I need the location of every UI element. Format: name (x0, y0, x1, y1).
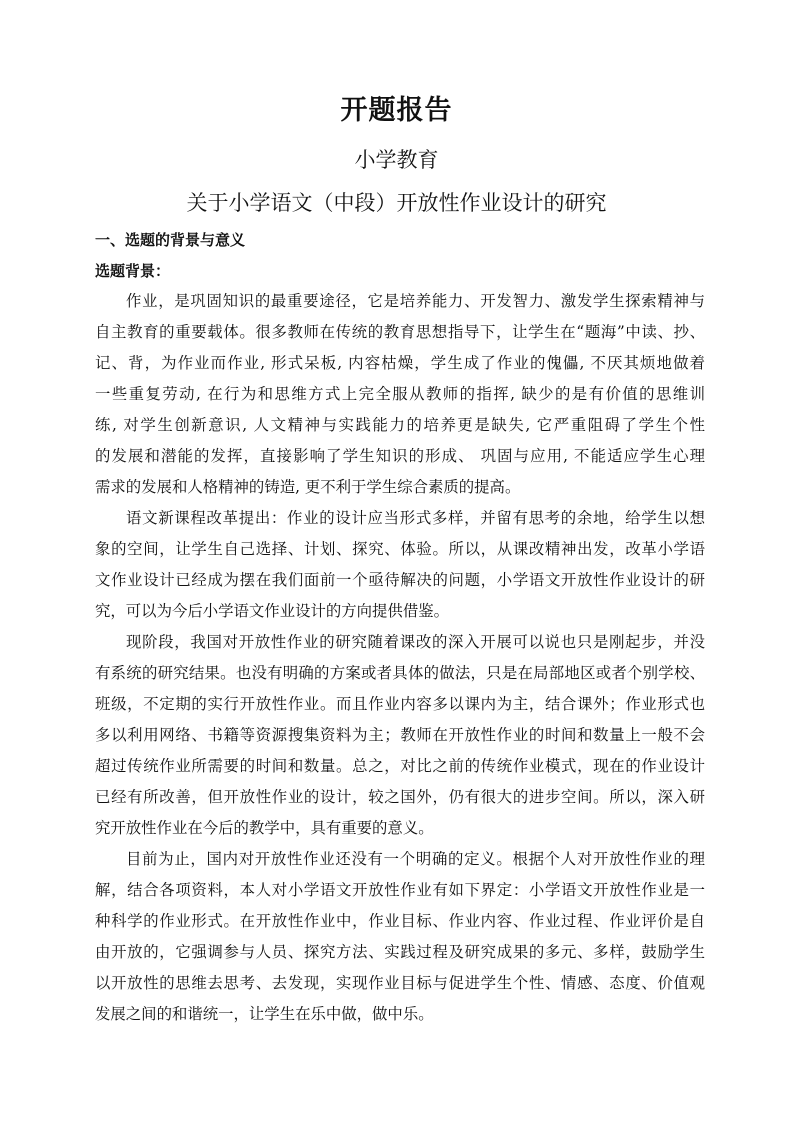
paragraph-line: 需求的发展和人格精神的铸造, 更不利于学生综合素质的提高。 (95, 476, 705, 507)
body-text: 作业，是巩固知识的最重要途径，它是培养能力、开发智力、激发学生探索精神与 自主教… (95, 290, 705, 1034)
section-heading: 一、选题的背景与意义 (95, 229, 245, 250)
paragraph-line: 以开放性的思维去思考、去发现，实现作业目标与促进学生个性、情感、态度、价值观 (95, 972, 705, 1003)
paragraph-3: 现阶段，我国对开放性作业的研究随着课改的深入开展可以说也只是刚起步，并没 有系统… (95, 631, 705, 848)
paragraph-line: 种科学的作业形式。在开放性作业中，作业目标、作业内容、作业过程、作业评价是自 (95, 910, 705, 941)
document-page: 开题报告 小学教育 关于小学语文（中段）开放性作业设计的研究 一、选题的背景与意… (0, 0, 793, 1122)
paragraph-line: 作业，是巩固知识的最重要途径，它是培养能力、开发智力、激发学生探索精神与 (95, 290, 705, 321)
paragraph-line: 究，可以为今后小学语文作业设计的方向提供借鉴。 (95, 600, 705, 631)
paragraph-line: 解，结合各项资料，本人对小学语文开放性作业有如下界定：小学语文开放性作业是一 (95, 879, 705, 910)
document-title: 开题报告 (0, 88, 793, 127)
paragraph-line: 多以利用网络、书籍等资源搜集资料为主；教师在开放性作业的时间和数量上一般不会 (95, 724, 705, 755)
paragraph-1: 作业，是巩固知识的最重要途径，它是培养能力、开发智力、激发学生探索精神与 自主教… (95, 290, 705, 507)
paragraph-line: 语文新课程改革提出：作业的设计应当形式多样，并留有思考的余地，给学生以想 (95, 507, 705, 538)
paragraph-line: 有系统的研究结果。也没有明确的方案或者具体的做法，只是在局部地区或者个别学校、 (95, 662, 705, 693)
paragraph-line: 究开放性作业在今后的教学中，具有重要的意义。 (95, 817, 705, 848)
paragraph-line: 目前为止，国内对开放性作业还没有一个明确的定义。根据个人对开放性作业的理 (95, 848, 705, 879)
paragraph-line: 发展之间的和谐统一，让学生在乐中做，做中乐。 (95, 1003, 705, 1034)
paragraph-2: 语文新课程改革提出：作业的设计应当形式多样，并留有思考的余地，给学生以想 象的空… (95, 507, 705, 631)
paragraph-line: 象的空间，让学生自己选择、计划、探究、体验。所以，从课改精神出发，改革小学语 (95, 538, 705, 569)
paragraph-line: 文作业设计已经成为摆在我们面前一个亟待解决的问题，小学语文开放性作业设计的研 (95, 569, 705, 600)
paragraph-4: 目前为止，国内对开放性作业还没有一个明确的定义。根据个人对开放性作业的理 解，结… (95, 848, 705, 1034)
paragraph-line: 超过传统作业所需要的时间和数量。总之，对比之前的传统作业模式，现在的作业设计 (95, 755, 705, 786)
paragraph-line: 现阶段，我国对开放性作业的研究随着课改的深入开展可以说也只是刚起步，并没 (95, 631, 705, 662)
subsection-heading: 选题背景： (95, 260, 170, 281)
paragraph-line: 由开放的，它强调参与人员、探究方法、实践过程及研究成果的多元、多样，鼓励学生 (95, 941, 705, 972)
paragraph-line: 一些重复劳动, 在行为和思维方式上完全服从教师的指挥, 缺少的是有价值的思维训 (95, 383, 705, 414)
research-topic: 关于小学语文（中段）开放性作业设计的研究 (0, 187, 793, 217)
paragraph-line: 已经有所改善，但开放性作业的设计，较之国外，仍有很大的进步空间。所以，深入研 (95, 786, 705, 817)
paragraph-line: 的发展和潜能的发挥，直接影响了学生知识的形成、 巩固与应用, 不能适应学生心理 (95, 445, 705, 476)
paragraph-line: 练, 对学生创新意识, 人文精神与实践能力的培养更是缺失, 它严重阻碍了学生个性 (95, 414, 705, 445)
paragraph-line: 自主教育的重要载体。很多教师在传统的教育思想指导下，让学生在“题海”中读、抄、 (95, 321, 705, 352)
paragraph-line: 班级，不定期的实行开放性作业。而且作业内容多以课内为主，结合课外；作业形式也 (95, 693, 705, 724)
document-subtitle: 小学教育 (0, 144, 793, 174)
paragraph-line: 记、背，为作业而作业, 形式呆板, 内容枯燥，学生成了作业的傀儡, 不厌其烦地做… (95, 352, 705, 383)
